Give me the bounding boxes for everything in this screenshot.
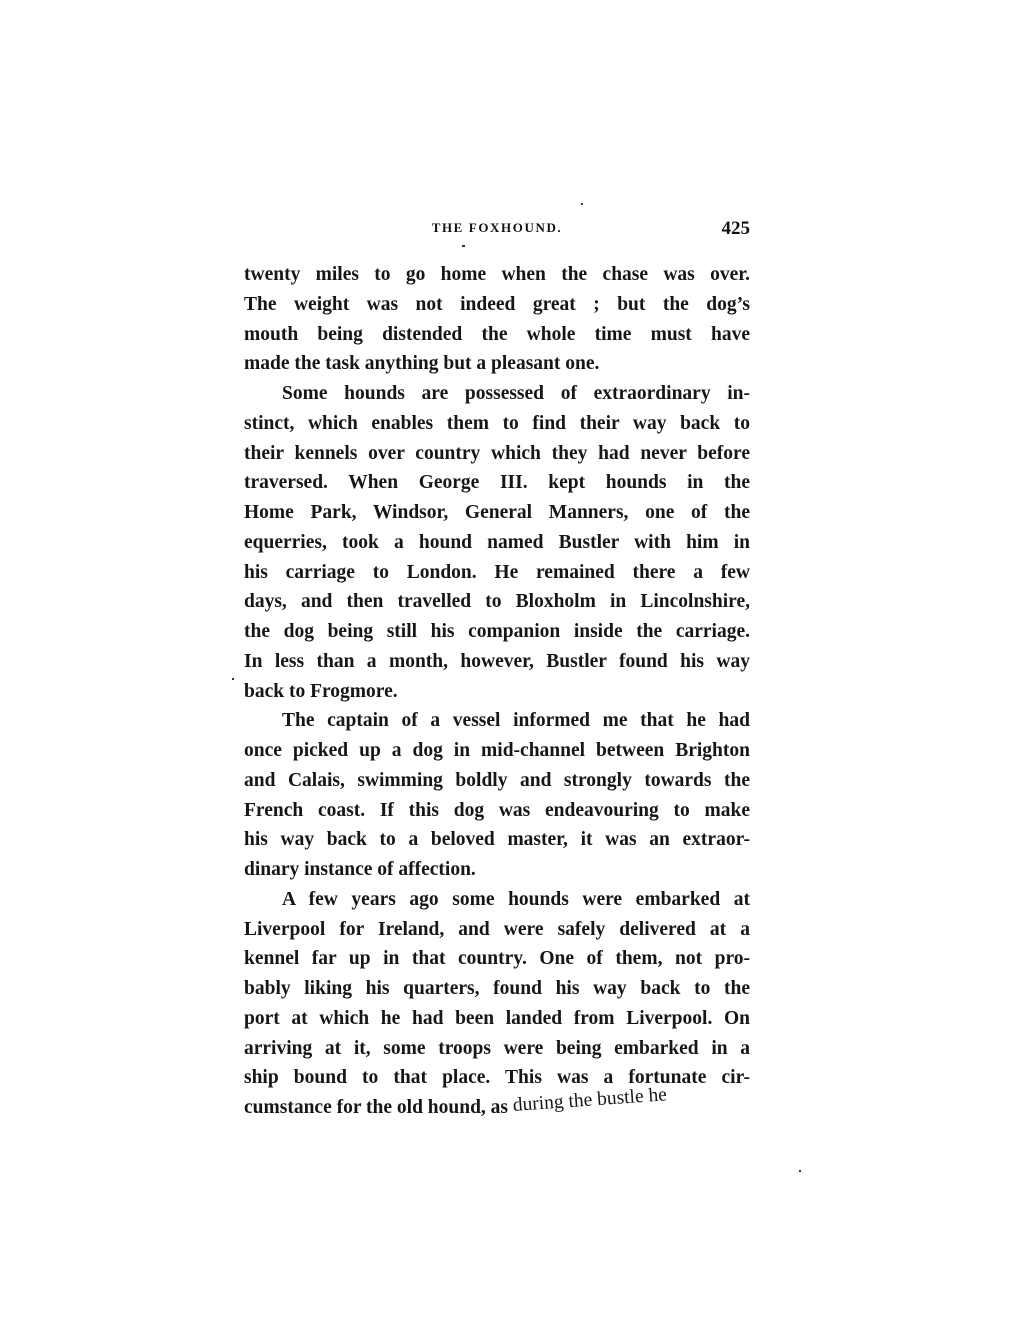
text-line: and Calais, swimming boldly and strongly…: [244, 766, 750, 796]
text-line: traversed. When George III. kept hounds …: [244, 468, 750, 498]
text-line: once picked up a dog in mid-channel betw…: [244, 736, 750, 766]
text-line: their kennels over country which they ha…: [244, 439, 750, 469]
paragraph-first-line: Some hounds are possessed of extraordina…: [244, 379, 750, 409]
paragraph-first-line: The captain of a vessel informed me that…: [244, 706, 750, 736]
text-line: twenty miles to go home when the chase w…: [244, 260, 750, 290]
scan-speck: [799, 1170, 801, 1172]
text-line: Liverpool for Ireland, and were safely d…: [244, 915, 750, 945]
paragraph-first-line: A few years ago some hounds were embarke…: [244, 885, 750, 915]
text-line: days, and then travelled to Bloxholm in …: [244, 587, 750, 617]
text-line: dinary instance of affection.: [244, 855, 750, 885]
scan-speck: [462, 245, 465, 247]
text-line: arriving at it, some troops were being e…: [244, 1034, 750, 1064]
text-line: French coast. If this dog was endeavouri…: [244, 796, 750, 826]
text-line: bably liking his quarters, found his way…: [244, 974, 750, 1004]
text-line: mouth being distended the whole time mus…: [244, 320, 750, 350]
running-title: THE FOXHOUND.: [244, 220, 750, 236]
text-line: equerries, took a hound named Bustler wi…: [244, 528, 750, 558]
text-line: The weight was not indeed great ; but th…: [244, 290, 750, 320]
text-line: ship bound to that place. This was a for…: [244, 1063, 750, 1093]
text-line: stinct, which enables them to find their…: [244, 409, 750, 439]
text-line: made the task anything but a pleasant on…: [244, 349, 750, 379]
text-line: kennel far up in that country. One of th…: [244, 944, 750, 974]
page-number: 425: [722, 218, 751, 240]
text-line: his carriage to London. He remained ther…: [244, 558, 750, 588]
text-line: Home Park, Windsor, General Manners, one…: [244, 498, 750, 528]
text-line: his way back to a beloved master, it was…: [244, 825, 750, 855]
text-line-final: cumstance for the old hound, as during t…: [244, 1093, 750, 1123]
text-line: port at which he had been landed from Li…: [244, 1004, 750, 1034]
running-head: THE FOXHOUND. 425: [244, 218, 750, 240]
text-line: In less than a month, however, Bustler f…: [244, 647, 750, 677]
text-line: the dog being still his companion inside…: [244, 617, 750, 647]
final-line-text: cumstance for the old hound, as: [244, 1097, 508, 1118]
body-text: twenty miles to go home when the chase w…: [244, 260, 750, 1123]
text-line: back to Frogmore.: [244, 677, 750, 707]
scan-speck: [581, 203, 583, 205]
scan-speck: [232, 678, 234, 680]
book-page: THE FOXHOUND. 425 twenty miles to go hom…: [0, 0, 1033, 1339]
